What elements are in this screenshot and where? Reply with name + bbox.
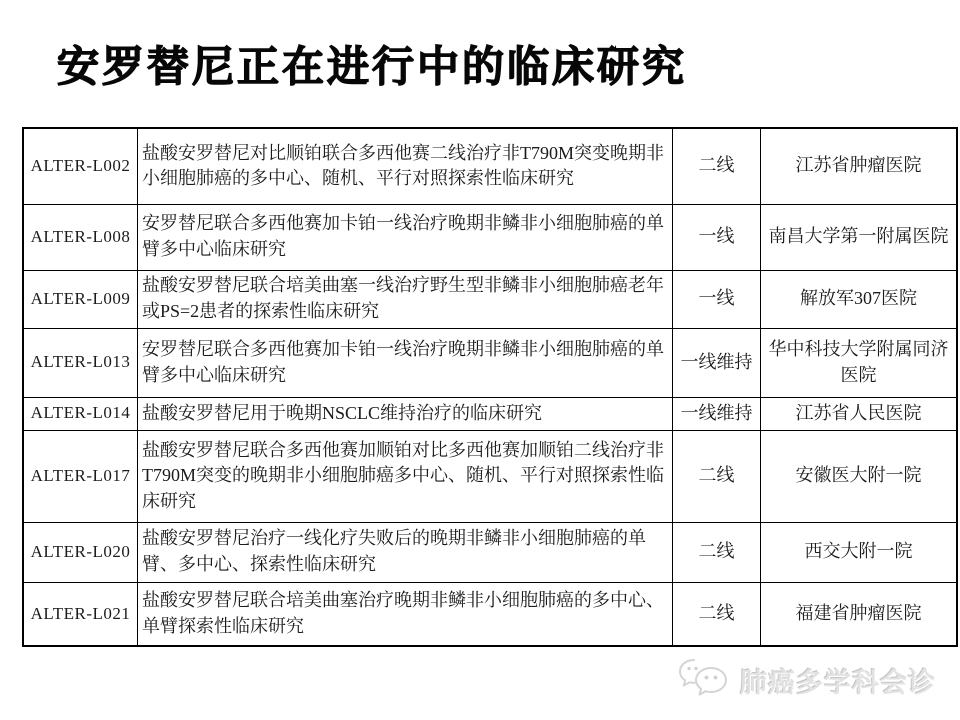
- trial-code: ALTER-L020: [23, 522, 138, 582]
- table-row: ALTER-L009 盐酸安罗替尼联合培美曲塞一线治疗野生型非鳞非小细胞肺癌老年…: [23, 270, 957, 328]
- hospital: 解放军307医院: [761, 270, 958, 328]
- treatment-line: 一线: [673, 204, 761, 270]
- hospital: 江苏省肿瘤医院: [761, 128, 958, 204]
- table-row: ALTER-L014 盐酸安罗替尼用于晚期NSCLC维持治疗的临床研究 一线维持…: [23, 397, 957, 430]
- treatment-line: 一线: [673, 270, 761, 328]
- hospital: 江苏省人民医院: [761, 397, 958, 430]
- clinical-trials-table-body: ALTER-L002 盐酸安罗替尼对比顺铂联合多西他赛二线治疗非T790M突变晚…: [23, 128, 957, 646]
- trial-code: ALTER-L013: [23, 328, 138, 397]
- table-row: ALTER-L013 安罗替尼联合多西他赛加卡铂一线治疗晚期非鳞非小细胞肺癌的单…: [23, 328, 957, 397]
- table-row: ALTER-L017 盐酸安罗替尼联合多西他赛加顺铂对比多西他赛加顺铂二线治疗非…: [23, 430, 957, 522]
- trial-description: 盐酸安罗替尼用于晚期NSCLC维持治疗的临床研究: [138, 397, 673, 430]
- treatment-line: 一线维持: [673, 397, 761, 430]
- trial-description: 盐酸安罗替尼联合培美曲塞一线治疗野生型非鳞非小细胞肺癌老年或PS=2患者的探索性…: [138, 270, 673, 328]
- trial-description: 盐酸安罗替尼对比顺铂联合多西他赛二线治疗非T790M突变晚期非小细胞肺癌的多中心…: [138, 128, 673, 204]
- trial-description: 安罗替尼联合多西他赛加卡铂一线治疗晚期非鳞非小细胞肺癌的单臂多中心临床研究: [138, 328, 673, 397]
- trial-description: 安罗替尼联合多西他赛加卡铂一线治疗晚期非鳞非小细胞肺癌的单臂多中心临床研究: [138, 204, 673, 270]
- hospital: 华中科技大学附属同济医院: [761, 328, 958, 397]
- table-row: ALTER-L008 安罗替尼联合多西他赛加卡铂一线治疗晚期非鳞非小细胞肺癌的单…: [23, 204, 957, 270]
- hospital: 福建省肿瘤医院: [761, 582, 958, 646]
- wechat-icon: [677, 656, 733, 704]
- treatment-line: 二线: [673, 128, 761, 204]
- table-row: ALTER-L021 盐酸安罗替尼联合培美曲塞治疗晚期非鳞非小细胞肺癌的多中心、…: [23, 582, 957, 646]
- treatment-line: 二线: [673, 430, 761, 522]
- hospital: 安徽医大附一院: [761, 430, 958, 522]
- page-title: 安罗替尼正在进行中的临床研究: [57, 34, 687, 94]
- trial-code: ALTER-L009: [23, 270, 138, 328]
- trial-description: 盐酸安罗替尼治疗一线化疗失败后的晚期非鳞非小细胞肺癌的单臂、多中心、探索性临床研…: [138, 522, 673, 582]
- treatment-line: 二线: [673, 582, 761, 646]
- table-row: ALTER-L002 盐酸安罗替尼对比顺铂联合多西他赛二线治疗非T790M突变晚…: [23, 128, 957, 204]
- hospital: 西交大附一院: [761, 522, 958, 582]
- trial-description: 盐酸安罗替尼联合多西他赛加顺铂对比多西他赛加顺铂二线治疗非T790M突变的晚期非…: [138, 430, 673, 522]
- slide: 安罗替尼正在进行中的临床研究 ALTER-L002 盐酸安罗替尼对比顺铂联合多西…: [0, 0, 960, 720]
- trial-description: 盐酸安罗替尼联合培美曲塞治疗晚期非鳞非小细胞肺癌的多中心、单臂探索性临床研究: [138, 582, 673, 646]
- watermark-label: 肺癌多学科会诊: [740, 661, 936, 700]
- hospital: 南昌大学第一附属医院: [761, 204, 958, 270]
- watermark: 肺癌多学科会诊: [677, 656, 936, 704]
- trial-code: ALTER-L002: [23, 128, 138, 204]
- trial-code: ALTER-L014: [23, 397, 138, 430]
- treatment-line: 一线维持: [673, 328, 761, 397]
- treatment-line: 二线: [673, 522, 761, 582]
- clinical-trials-table: ALTER-L002 盐酸安罗替尼对比顺铂联合多西他赛二线治疗非T790M突变晚…: [22, 127, 958, 647]
- trial-code: ALTER-L017: [23, 430, 138, 522]
- trial-code: ALTER-L021: [23, 582, 138, 646]
- trial-code: ALTER-L008: [23, 204, 138, 270]
- table-row: ALTER-L020 盐酸安罗替尼治疗一线化疗失败后的晚期非鳞非小细胞肺癌的单臂…: [23, 522, 957, 582]
